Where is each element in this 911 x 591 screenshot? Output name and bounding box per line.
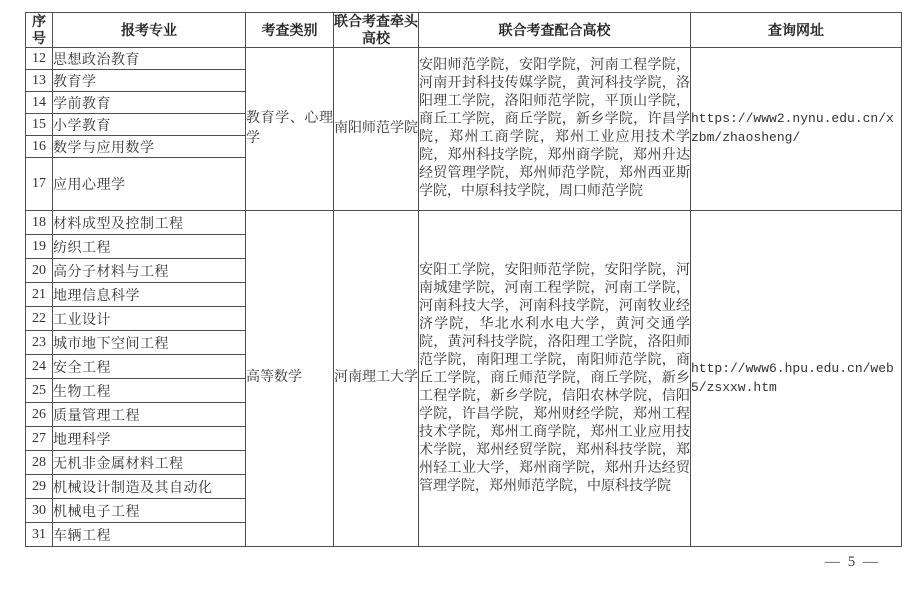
row-number-cell: 15 (26, 114, 53, 136)
major-cell: 无机非金属材料工程 (53, 451, 246, 475)
row-number-cell: 28 (26, 451, 53, 475)
major-cell: 小学教育 (53, 114, 246, 136)
major-cell: 思想政治教育 (53, 48, 246, 70)
row-number-cell: 16 (26, 136, 53, 158)
query-url-cell: http://www6.hpu.edu.cn/web5/zsxxw.htm (691, 211, 902, 547)
query-url-cell: https://www2.nynu.edu.cn/xzbm/zhaosheng/ (691, 48, 902, 211)
header-no: 序号 (26, 13, 53, 48)
header-category: 考查类别 (246, 13, 334, 48)
row-number-cell: 31 (26, 523, 53, 547)
row-number-cell: 12 (26, 48, 53, 70)
major-cell: 材料成型及控制工程 (53, 211, 246, 235)
exam-majors-table: 序号 报考专业 考查类别 联合考查牵头高校 联合考查配合高校 查询网址 12 思… (25, 12, 902, 547)
table-row: 18 材料成型及控制工程 高等数学 河南理工大学 安阳工学院，安阳师范学院，安阳… (26, 211, 902, 235)
row-number-cell: 17 (26, 158, 53, 211)
partner-universities-cell: 安阳师范学院，安阳学院，河南工程学院，河南开封科技传媒学院，黄河科技学院，洛阳理… (419, 48, 691, 211)
lead-university-cell: 河南理工大学 (334, 211, 419, 547)
major-cell: 城市地下空间工程 (53, 331, 246, 355)
row-number-cell: 14 (26, 92, 53, 114)
major-cell: 地理信息科学 (53, 283, 246, 307)
major-cell: 应用心理学 (53, 158, 246, 211)
major-cell: 地理科学 (53, 427, 246, 451)
exam-category-cell: 高等数学 (246, 211, 334, 547)
major-cell: 教育学 (53, 70, 246, 92)
header-partner-universities: 联合考查配合高校 (419, 13, 691, 48)
row-number-cell: 23 (26, 331, 53, 355)
row-number-cell: 26 (26, 403, 53, 427)
major-cell: 工业设计 (53, 307, 246, 331)
lead-university-cell: 南阳师范学院 (334, 48, 419, 211)
header-query-url: 查询网址 (691, 13, 902, 48)
major-cell: 安全工程 (53, 355, 246, 379)
row-number-cell: 22 (26, 307, 53, 331)
header-major: 报考专业 (53, 13, 246, 48)
document-page: 序号 报考专业 考查类别 联合考查牵头高校 联合考查配合高校 查询网址 12 思… (0, 0, 911, 591)
row-number-cell: 13 (26, 70, 53, 92)
row-number-cell: 21 (26, 283, 53, 307)
major-cell: 学前教育 (53, 92, 246, 114)
major-cell: 纺织工程 (53, 235, 246, 259)
major-cell: 数学与应用数学 (53, 136, 246, 158)
row-number-cell: 18 (26, 211, 53, 235)
major-cell: 质量管理工程 (53, 403, 246, 427)
row-number-cell: 24 (26, 355, 53, 379)
row-number-cell: 25 (26, 379, 53, 403)
table-row: 12 思想政治教育 教育学、心理学 南阳师范学院 安阳师范学院，安阳学院，河南工… (26, 48, 902, 70)
row-number-cell: 29 (26, 475, 53, 499)
exam-category-cell: 教育学、心理学 (246, 48, 334, 211)
row-number-cell: 20 (26, 259, 53, 283)
partner-universities-cell: 安阳工学院，安阳师范学院，安阳学院，河南城建学院，河南工程学院，河南工学院，河南… (419, 211, 691, 547)
header-lead-university: 联合考查牵头高校 (334, 13, 419, 48)
major-cell: 高分子材料与工程 (53, 259, 246, 283)
row-number-cell: 27 (26, 427, 53, 451)
page-number: — 5 — (825, 554, 880, 571)
major-cell: 生物工程 (53, 379, 246, 403)
major-cell: 车辆工程 (53, 523, 246, 547)
major-cell: 机械设计制造及其自动化 (53, 475, 246, 499)
row-number-cell: 30 (26, 499, 53, 523)
row-number-cell: 19 (26, 235, 53, 259)
table-header-row: 序号 报考专业 考查类别 联合考查牵头高校 联合考查配合高校 查询网址 (26, 13, 902, 48)
major-cell: 机械电子工程 (53, 499, 246, 523)
